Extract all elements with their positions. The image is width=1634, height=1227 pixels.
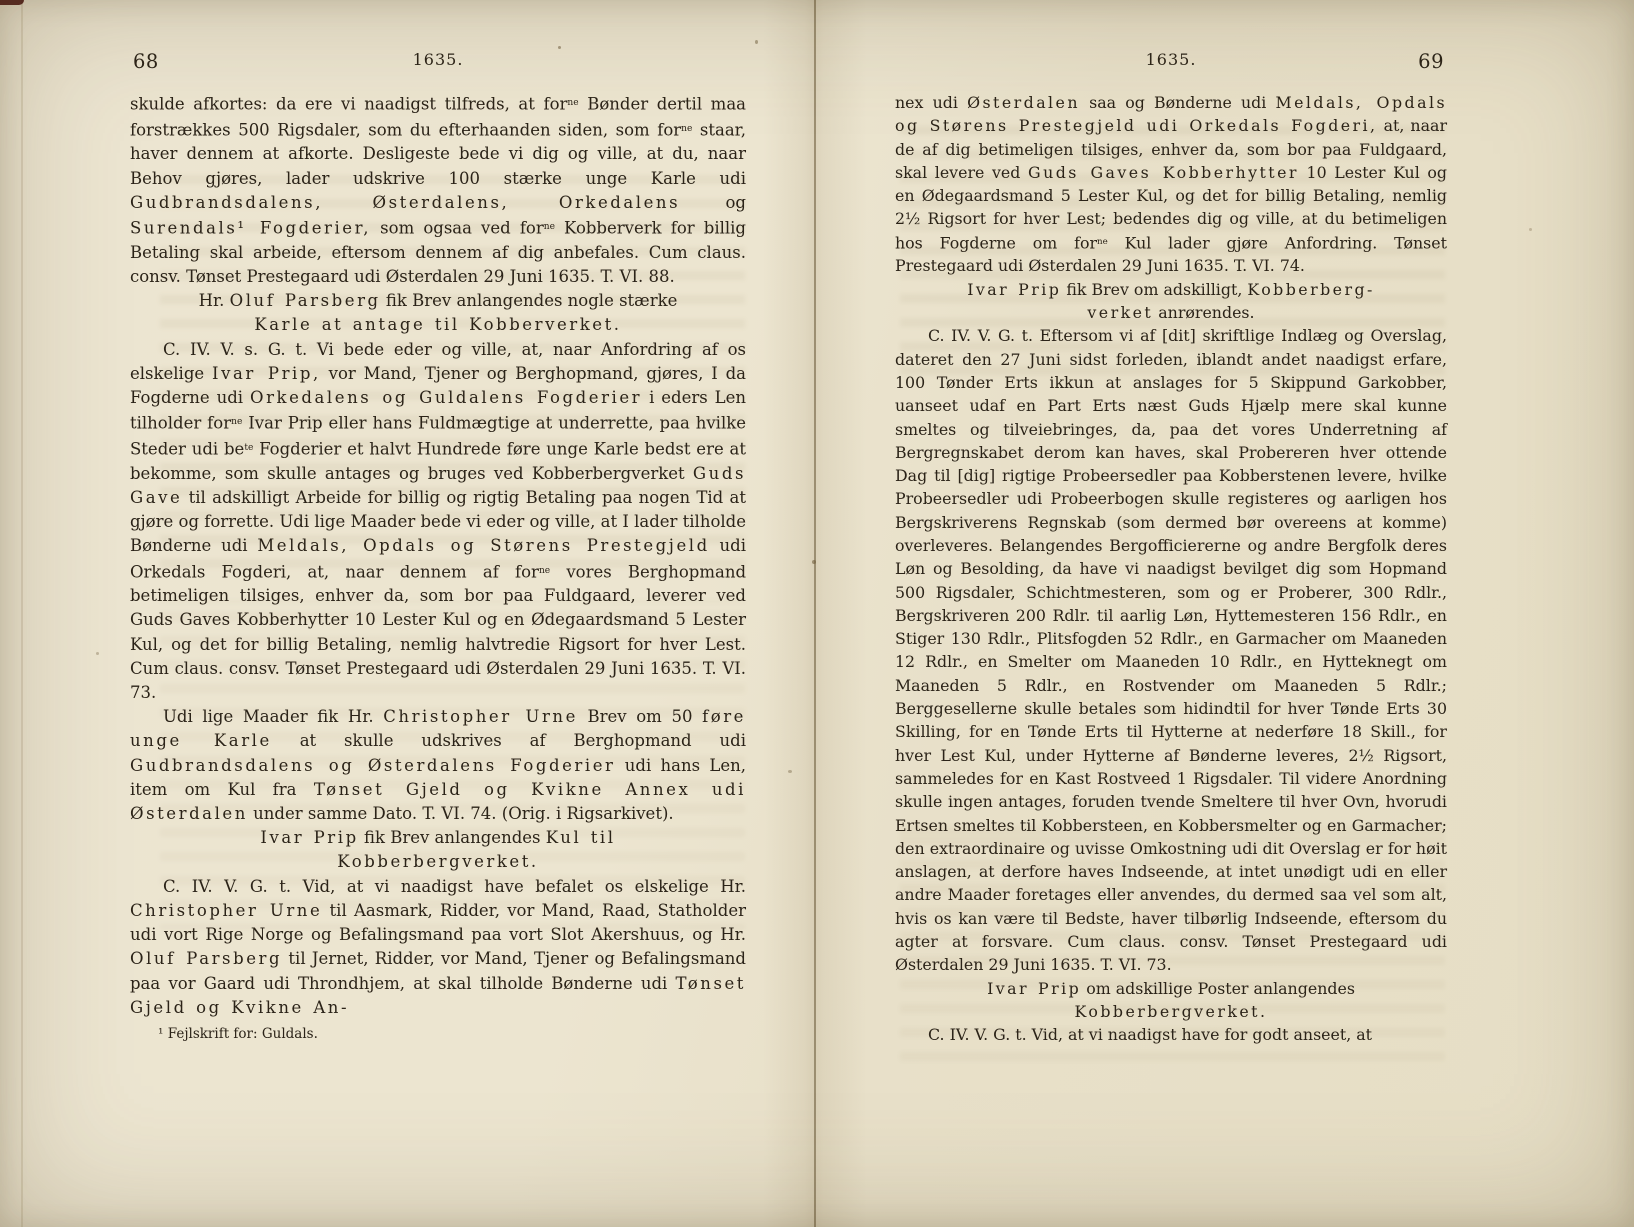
- letterspaced-name: Kobberberg-: [1247, 280, 1374, 299]
- letterspaced-name: Gudbrandsdalens, Østerdalens, Orkedalens: [130, 193, 680, 212]
- superscript-abbreviation: ne: [1097, 237, 1108, 247]
- body-paragraph: C. IV. V. G. t. Vid, at vi naadigst have…: [895, 1023, 1447, 1046]
- left-page: 68 1635. skulde afkortes: da ere vi naad…: [0, 0, 815, 1227]
- heading-line: Ivar Prip fik Brev om adskilligt, Kobber…: [895, 278, 1447, 301]
- body-paragraph: nex udi Østerdalen saa og Bønderne udi M…: [895, 91, 1447, 278]
- gutter-fold-line: [814, 0, 816, 1227]
- body-paragraph: C. IV. V. s. G. t. Vi bede eder og ville…: [130, 338, 746, 706]
- body-paragraph: Udi lige Maader fik Hr. Christopher Urne…: [130, 705, 746, 826]
- running-head: 1635.: [895, 50, 1447, 69]
- text-run: fik Brev anlangendes nogle stærke: [381, 291, 678, 310]
- text-column: skulde afkortes: da ere vi naadigst tilf…: [130, 91, 746, 1043]
- corner-binding-mark: [0, 0, 24, 5]
- letterspaced-name: Ivar Prip: [987, 979, 1081, 998]
- body-paragraph: C. IV. V. G. t. Vid, at vi naadigst have…: [130, 875, 746, 1020]
- footnote: ¹ Fejlskrift for: Guldals.: [130, 1025, 746, 1043]
- superscript-abbreviation: te: [244, 443, 253, 453]
- paper-speck: [1529, 228, 1532, 231]
- letterspaced-name: Oluf Parsberg: [130, 949, 282, 968]
- letterspaced-name: Christopher Urne: [130, 901, 322, 920]
- text-run: fik Brev om adskilligt,: [1061, 280, 1247, 299]
- superscript-abbreviation: ne: [567, 98, 578, 108]
- text-run: nex udi: [895, 93, 967, 112]
- letterspaced-name: Ivar Prip: [967, 280, 1061, 299]
- text-run: om adskillige Poster anlangendes: [1081, 979, 1355, 998]
- superscript-abbreviation: ne: [539, 566, 550, 576]
- book-spread: 68 1635. skulde afkortes: da ere vi naad…: [0, 0, 1634, 1227]
- text-run: fik Brev anlangendes: [359, 828, 546, 847]
- letterspaced-name: Oluf Parsberg: [230, 291, 381, 310]
- body-paragraph: skulde afkortes: da ere vi naadigst tilf…: [130, 91, 746, 289]
- letterspaced-name: Orkedalens og Guldalens Fogderier: [250, 388, 642, 407]
- letterspaced-name: verket: [1087, 303, 1153, 322]
- text-run: at skulle udskrives af Berghopmand udi: [272, 731, 746, 750]
- heading-line: Ivar Prip om adskillige Poster anlangend…: [895, 977, 1447, 1000]
- letterspaced-name: Østerdalen: [967, 93, 1080, 112]
- superscript-abbreviation: ne: [544, 222, 555, 232]
- page-number: 69: [1418, 50, 1444, 73]
- text-run: anrørendes.: [1153, 303, 1254, 322]
- text-run: C. IV. V. G. t. Vid, at vi naadigst have…: [163, 877, 746, 896]
- record-heading: Ivar Prip fik Brev om adskilligt, Kobber…: [895, 278, 1447, 325]
- text-run: skulde afkortes: da ere vi naadigst tilf…: [130, 95, 567, 114]
- record-heading: Ivar Prip om adskillige Poster anlangend…: [895, 977, 1447, 1024]
- heading-line: Hr. Oluf Parsberg fik Brev anlangendes n…: [130, 289, 746, 313]
- letterspaced-name: Meldals, Opdals og Størens Prestegjeld: [257, 536, 709, 555]
- letterspaced-name: Surendals¹ Fogderier,: [130, 219, 371, 238]
- heading-line: Kobberbergverket.: [130, 850, 746, 874]
- paper-speck: [812, 560, 816, 564]
- left-page-edge-line: [21, 0, 23, 1227]
- running-head: 1635.: [130, 50, 746, 69]
- paper-speck: [558, 46, 561, 49]
- heading-line: Ivar Prip fik Brev anlangendes Kul til: [130, 826, 746, 850]
- page-header: 68 1635.: [130, 50, 746, 69]
- text-run: C. IV. V. G. t. Vid, at vi naadigst have…: [928, 1025, 1372, 1044]
- letterspaced-name: Gudbrandsdalens og Østerdalens Fogderier: [130, 756, 615, 775]
- page-header: 69 1635.: [895, 50, 1447, 69]
- letterspaced-name: Guds Gaves Kobberhytter: [1028, 163, 1299, 182]
- text-column: nex udi Østerdalen saa og Bønderne udi M…: [895, 91, 1447, 1047]
- text-run: saa og Bønderne udi: [1080, 93, 1276, 112]
- letterspaced-name: Kul til: [546, 828, 616, 847]
- text-run: vores Berghopmand betimeligen tilsiges, …: [130, 562, 746, 702]
- paper-speck: [96, 652, 99, 655]
- letterspaced-name: Ivar Prip: [260, 828, 358, 847]
- paper-speck: [788, 770, 792, 773]
- text-run: ¹ Fejlskrift for: Guldals.: [158, 1026, 318, 1042]
- letterspaced-name: Kobberbergverket.: [1075, 1002, 1268, 1021]
- heading-line: verket anrørendes.: [895, 301, 1447, 324]
- record-heading: Ivar Prip fik Brev anlangendes Kul tilKo…: [130, 826, 746, 874]
- letterspaced-name: Christopher Urne: [383, 707, 578, 726]
- text-run: som ogsaa ved for: [371, 219, 544, 238]
- text-run: og: [680, 193, 746, 212]
- letterspaced-name: Kobberbergverket.: [337, 852, 538, 871]
- text-run: Hr.: [199, 291, 230, 310]
- superscript-abbreviation: ne: [681, 124, 692, 134]
- text-run: Udi lige Maader fik Hr.: [163, 707, 383, 726]
- heading-line: Karle at antage til Kobberverket.: [130, 313, 746, 337]
- letterspaced-name: Ivar Prip,: [212, 364, 321, 383]
- text-run: C. IV. V. G. t. Eftersom vi af [dit] skr…: [895, 326, 1447, 974]
- paper-speck: [755, 40, 758, 44]
- superscript-abbreviation: ne: [231, 417, 242, 427]
- heading-line: Kobberbergverket.: [895, 1000, 1447, 1023]
- right-page: 69 1635. nex udi Østerdalen saa og Bønde…: [815, 0, 1634, 1227]
- body-paragraph: C. IV. V. G. t. Eftersom vi af [dit] skr…: [895, 324, 1447, 976]
- text-run: under samme Dato. T. VI. 74. (Orig. i Ri…: [248, 804, 674, 823]
- letterspaced-name: Karle at antage til Kobberverket.: [254, 315, 621, 334]
- page-number: 68: [133, 50, 159, 73]
- record-heading: Hr. Oluf Parsberg fik Brev anlangendes n…: [130, 289, 746, 337]
- text-run: Brev om 50: [578, 707, 702, 726]
